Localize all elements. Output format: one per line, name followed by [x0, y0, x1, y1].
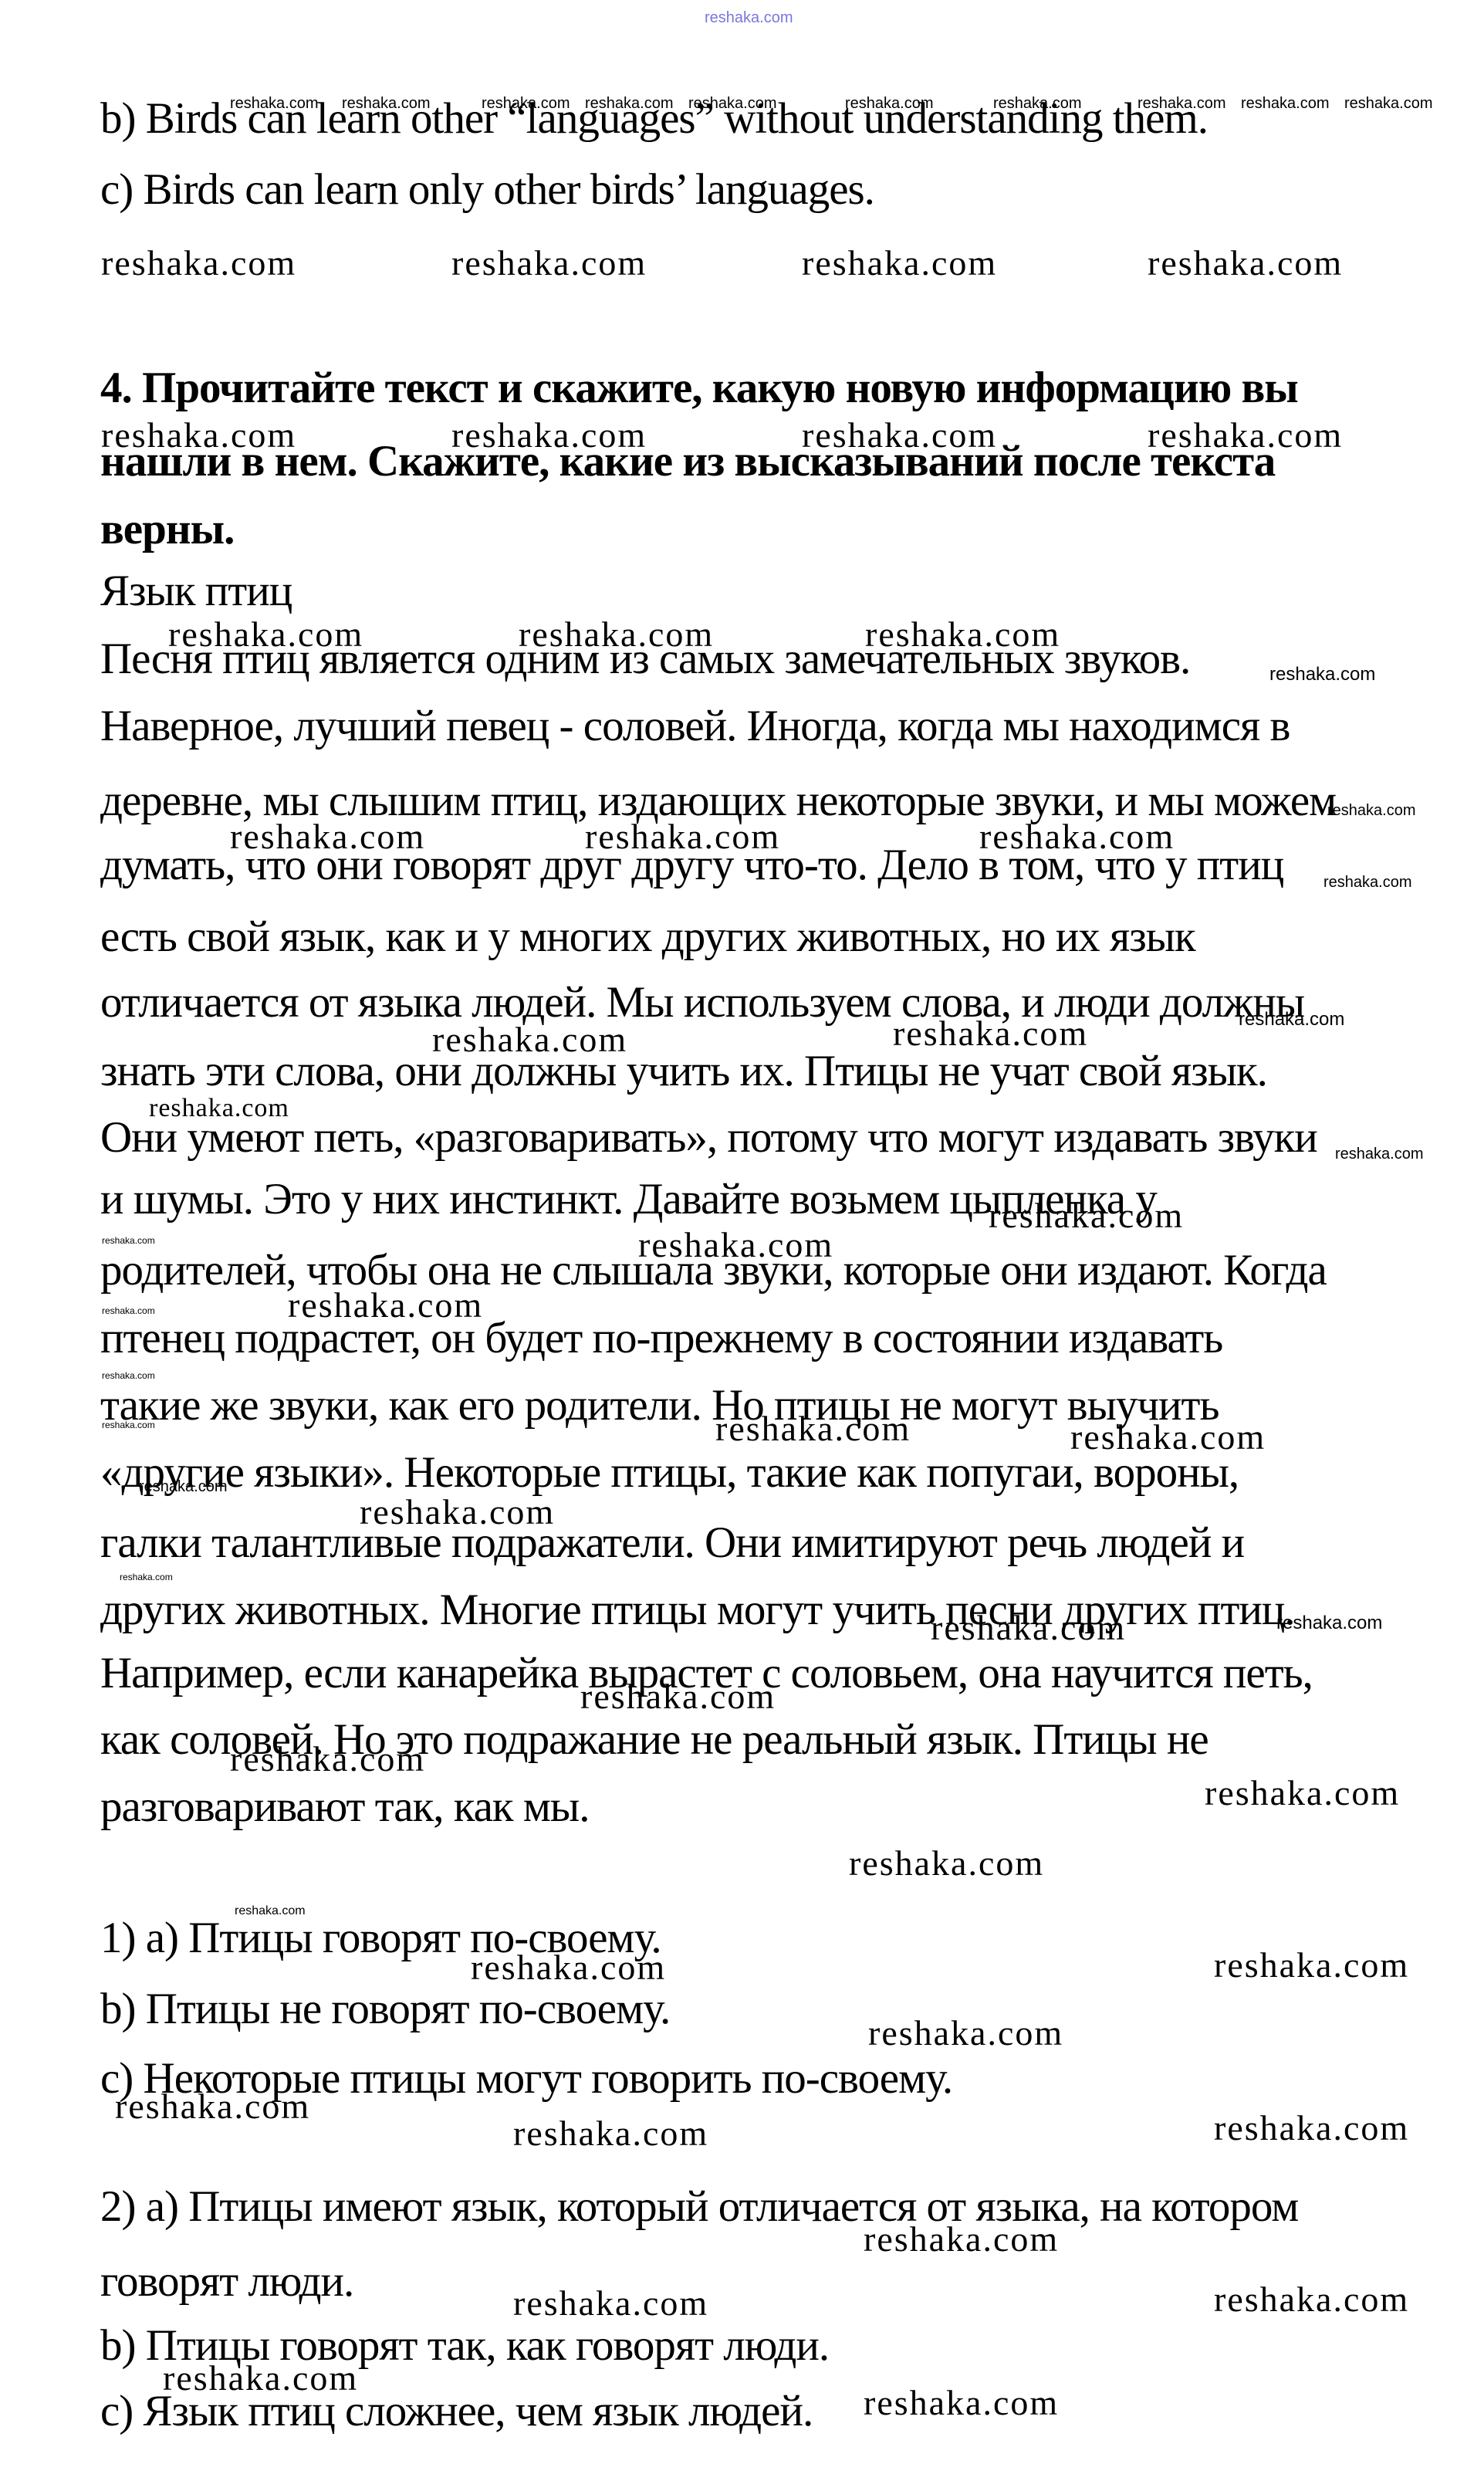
watermark-text: reshaka.com	[580, 1679, 776, 1714]
story-line: есть свой язык, как и у многих других жи…	[100, 913, 1195, 962]
watermark-text: reshaka.com	[101, 245, 296, 281]
watermark-text: reshaka.com	[1214, 1948, 1409, 1983]
story-line: знать эти слова, они должны учить их. Пт…	[100, 1048, 1267, 1096]
watermark-text: reshaka.com	[864, 2385, 1059, 2421]
watermark-text: reshaka.com	[1241, 96, 1330, 111]
watermark-text: reshaka.com	[1323, 875, 1412, 890]
watermark-text: reshaka.com	[102, 1371, 155, 1380]
watermark-text: reshaka.com	[115, 2089, 310, 2124]
story-line: такие же звуки, как его родители. Но пти…	[100, 1382, 1219, 1430]
watermark-text: reshaka.com	[989, 1198, 1184, 1234]
watermark-text: reshaka.com	[102, 1236, 155, 1245]
watermark-text: reshaka.com	[168, 617, 363, 652]
watermark-text: reshaka.com	[864, 2222, 1059, 2257]
story-line: разговаривают так, как мы.	[100, 1783, 589, 1832]
watermark-text: reshaka.com	[1239, 1010, 1344, 1029]
watermark-text: reshaka.com	[1214, 2282, 1409, 2317]
statement-1b: b) Птицы не говорят по-своему.	[100, 1985, 670, 2034]
task-heading-line-3: верны.	[100, 506, 234, 554]
watermark-text: reshaka.com	[845, 96, 934, 111]
watermark-text: reshaka.com	[802, 418, 997, 453]
watermark-text: reshaka.com	[230, 96, 319, 111]
watermark-text: reshaka.com	[1148, 245, 1343, 281]
watermark-text: reshaka.com	[149, 1095, 289, 1122]
watermark-text: reshaka.com	[451, 418, 647, 453]
watermark-text: reshaka.com	[513, 2286, 708, 2321]
watermark-text: reshaka.com	[715, 1411, 911, 1447]
watermark-text: reshaka.com	[1276, 1614, 1382, 1633]
watermark-text: reshaka.com	[139, 1479, 228, 1494]
story-line: галки талантливые подражатели. Они имити…	[100, 1519, 1244, 1568]
statement-2a-line-1: 2) a) Птицы имеют язык, который отличает…	[100, 2183, 1298, 2232]
watermark-text: reshaka.com	[688, 96, 777, 111]
watermark-text: reshaka.com	[342, 96, 431, 111]
watermark-text: reshaka.com	[519, 617, 714, 652]
watermark-text: reshaka.com	[865, 617, 1060, 652]
watermark-text: reshaka.com	[1214, 2110, 1409, 2146]
site-watermark-top: reshaka.com	[705, 9, 793, 27]
watermark-text: reshaka.com	[230, 1741, 425, 1777]
task-heading-line-1: 4. Прочитайте текст и скажите, какую нов…	[100, 364, 1298, 413]
watermark-text: reshaka.com	[451, 245, 647, 281]
watermark-text: reshaka.com	[979, 819, 1175, 855]
watermark-text: reshaka.com	[585, 819, 780, 855]
watermark-text: reshaka.com	[101, 418, 296, 453]
watermark-text: reshaka.com	[868, 2015, 1063, 2051]
story-line: птенец подрастет, он будет по-прежнему в…	[100, 1315, 1222, 1363]
watermark-text: reshaka.com	[432, 1022, 627, 1058]
watermark-text: reshaka.com	[102, 1306, 155, 1315]
watermark-text: reshaka.com	[893, 1016, 1088, 1051]
watermark-text: reshaka.com	[802, 245, 997, 281]
watermark-text: reshaka.com	[1327, 803, 1416, 818]
watermark-text: reshaka.com	[1344, 96, 1433, 111]
english-option-c: c) Birds can learn only other birds’ lan…	[100, 166, 874, 215]
watermark-text: reshaka.com	[230, 819, 425, 855]
watermark-text: reshaka.com	[638, 1227, 833, 1263]
watermark-text: reshaka.com	[235, 1905, 306, 1917]
watermark-text: reshaka.com	[163, 2361, 358, 2396]
watermark-text: reshaka.com	[1070, 1420, 1266, 1455]
watermark-text: reshaka.com	[1335, 1146, 1424, 1162]
watermark-text: reshaka.com	[1205, 1775, 1400, 1811]
watermark-text: reshaka.com	[1138, 96, 1226, 111]
watermark-text: reshaka.com	[482, 96, 570, 111]
story-line: «другие языки». Некоторые птицы, такие к…	[100, 1449, 1239, 1498]
document-page: reshaka.com b) Birds can learn other “la…	[0, 0, 1484, 2491]
statement-2a-line-2: говорят люди.	[100, 2258, 353, 2307]
watermark-text: reshaka.com	[993, 96, 1082, 111]
watermark-text: reshaka.com	[102, 1420, 155, 1430]
watermark-text: reshaka.com	[585, 96, 674, 111]
watermark-text: reshaka.com	[120, 1572, 173, 1582]
watermark-text: reshaka.com	[471, 1950, 666, 1985]
watermark-text: reshaka.com	[931, 1610, 1126, 1646]
story-title: Язык птиц	[100, 567, 292, 616]
watermark-text: reshaka.com	[849, 1846, 1044, 1881]
watermark-text: reshaka.com	[1269, 665, 1375, 684]
story-line: Наверное, лучший певец - соловей. Иногда…	[100, 702, 1290, 751]
watermark-text: reshaka.com	[513, 2116, 708, 2151]
watermark-text: reshaka.com	[1148, 418, 1343, 453]
watermark-text: reshaka.com	[288, 1288, 483, 1323]
watermark-text: reshaka.com	[360, 1494, 555, 1530]
story-line: отличается от языка людей. Мы используем…	[100, 979, 1304, 1027]
